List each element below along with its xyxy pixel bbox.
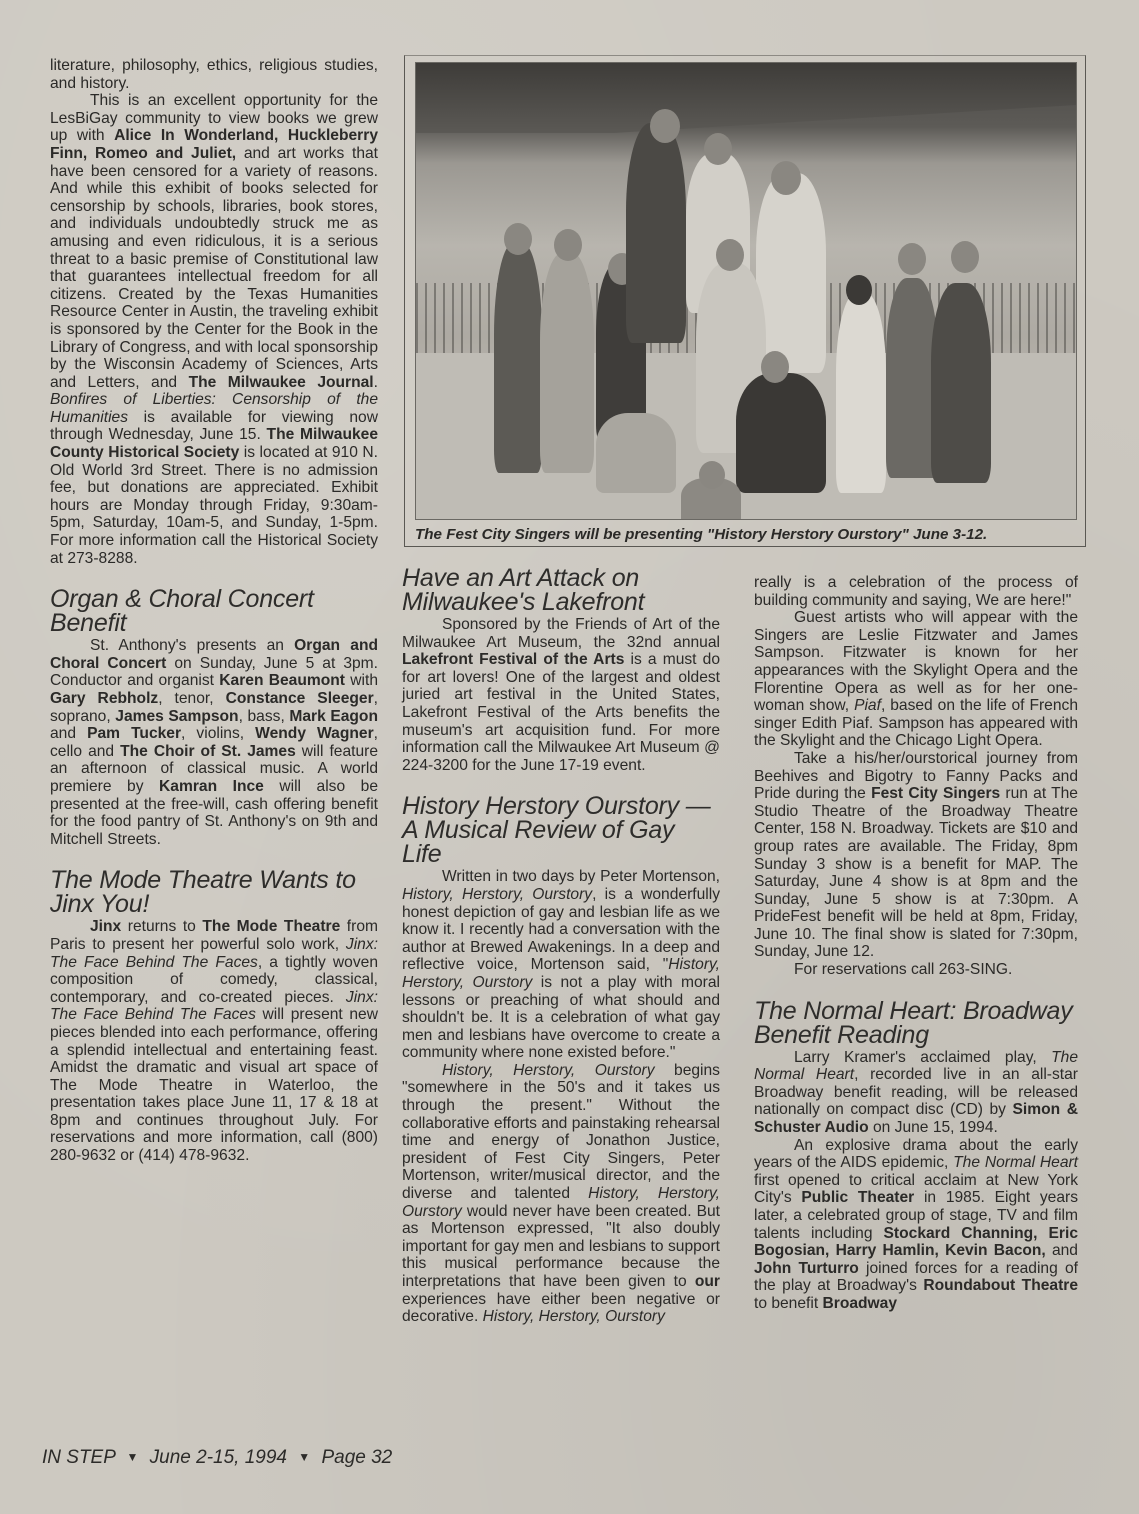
photo-person-head: [716, 239, 744, 271]
column-middle: Have an Art Attack on Milwaukee's Lakefr…: [402, 566, 720, 1326]
history-herstory-paragraph-3: Guest artists who will appear with the S…: [754, 609, 1078, 750]
art-attack-body: Sponsored by the Friends of Art of the M…: [402, 616, 720, 774]
photo-person: [931, 283, 991, 483]
photo-person: [736, 373, 826, 493]
photo-person-head: [951, 241, 979, 273]
page-footer: IN STEP ▼ June 2-15, 1994 ▼ Page 32: [42, 1447, 392, 1469]
text: on June 15, 1994.: [869, 1119, 998, 1136]
triangle-separator-icon: ▼: [298, 1450, 310, 1464]
history-herstory-paragraph-4: Take a his/her/ourstorical journey from …: [754, 750, 1078, 961]
spacer: [50, 848, 378, 868]
text: begins "somewhere in the 50's and it tak…: [402, 1062, 720, 1202]
italic-title: The Normal Heart: [953, 1154, 1078, 1171]
text: to benefit: [754, 1295, 823, 1312]
censorship-paragraph-2: This is an excellent opportunity for the…: [50, 92, 378, 567]
text: will present new pieces blended into eac…: [50, 1006, 378, 1164]
bold-text: our: [695, 1273, 720, 1290]
text: For reservations call 263-SING.: [794, 961, 1012, 978]
text: with: [345, 672, 378, 689]
photo-person-head: [846, 275, 872, 305]
text: , tenor,: [158, 690, 225, 707]
bold-text: Jinx: [90, 918, 121, 935]
bold-text: John Turturro: [754, 1260, 859, 1277]
spacer: [50, 567, 378, 587]
text: and: [1046, 1242, 1078, 1259]
group-photo: [415, 62, 1077, 520]
text: run at The Studio Theatre of the Broadwa…: [754, 785, 1078, 960]
bold-text: Constance Sleeger: [226, 690, 374, 707]
headline-normal-heart: The Normal Heart: Broadway Benefit Readi…: [754, 999, 1078, 1047]
headline-mode-theatre: The Mode Theatre Wants to Jinx You!: [50, 868, 378, 916]
text: and: [50, 725, 87, 742]
text: returns to: [121, 918, 202, 935]
spacer: [754, 979, 1078, 999]
photo-person: [540, 253, 594, 473]
text: St. Anthony's presents an: [90, 637, 294, 654]
photo-person: [836, 293, 886, 493]
photo-person-head: [761, 351, 789, 383]
bold-text: Gary Rebholz: [50, 690, 158, 707]
bold-text: Fest City Singers: [871, 785, 1000, 802]
italic-title: Piaf: [854, 697, 881, 714]
bold-text: Karen Beaumont: [219, 672, 345, 689]
photo-person: [596, 413, 676, 493]
text: Written in two days by Peter Mortenson,: [442, 868, 720, 885]
italic-title: History, Herstory, Ourstory: [442, 1062, 655, 1079]
text: is a must do for art lovers! One of the …: [402, 651, 720, 774]
bold-text: The Mode Theatre: [202, 918, 340, 935]
text: , bass,: [239, 708, 290, 725]
bold-text: Mark Eagon: [289, 708, 378, 725]
history-herstory-paragraph-2: History, Herstory, Ourstory begins "some…: [402, 1062, 720, 1326]
bold-text: Wendy Wagner: [255, 725, 374, 742]
text: literature, philosophy, ethics, religiou…: [50, 57, 378, 92]
bold-text: Public Theater: [801, 1189, 914, 1206]
censorship-paragraph-1: literature, philosophy, ethics, religiou…: [50, 57, 378, 92]
normal-heart-paragraph-1: Larry Kramer's acclaimed play, The Norma…: [754, 1049, 1078, 1137]
publication-name: IN STEP: [42, 1447, 115, 1468]
page-number: Page 32: [321, 1447, 392, 1468]
photo-person-head: [650, 109, 680, 143]
text: .: [374, 374, 378, 391]
bold-text: The Milwaukee Journal: [189, 374, 374, 391]
normal-heart-paragraph-2: An explosive drama about the early years…: [754, 1137, 1078, 1313]
bold-text: James Sampson: [115, 708, 238, 725]
newspaper-page: literature, philosophy, ethics, religiou…: [0, 0, 1139, 1514]
triangle-separator-icon: ▼: [126, 1450, 138, 1464]
italic-title: History, Herstory, Ourstory: [483, 1308, 665, 1325]
photo-person-head: [554, 229, 582, 261]
bold-text: Kamran Ince: [159, 778, 264, 795]
bold-text: Broadway: [823, 1295, 898, 1312]
mode-theatre-body: Jinx returns to The Mode Theatre from Pa…: [50, 918, 378, 1164]
photo-person-head: [699, 461, 725, 489]
text: Larry Kramer's acclaimed play,: [794, 1049, 1051, 1066]
italic-title: History, Herstory, Ourstory: [402, 886, 592, 903]
text: really is a celebration of the process o…: [754, 574, 1078, 609]
headline-art-attack: Have an Art Attack on Milwaukee's Lakefr…: [402, 566, 720, 614]
photo-building-roof: [416, 63, 1076, 133]
history-herstory-paragraph-2-continued: really is a celebration of the process o…: [754, 574, 1078, 609]
bold-text: Roundabout Theatre: [923, 1277, 1078, 1294]
text: and art works that have been censored fo…: [50, 145, 378, 391]
photo-person: [494, 243, 542, 473]
issue-date: June 2-15, 1994: [150, 1447, 287, 1468]
history-herstory-reservations: For reservations call 263-SING.: [754, 961, 1078, 979]
photo-person: [626, 123, 686, 343]
organ-concert-body: St. Anthony's presents an Organ and Chor…: [50, 637, 378, 848]
text: , violins,: [181, 725, 255, 742]
headline-history-herstory: History Herstory Ourstory — A Musical Re…: [402, 794, 720, 866]
photo-person-head: [771, 161, 801, 195]
spacer: [402, 774, 720, 794]
text: is located at 910 N. Old World 3rd Stree…: [50, 444, 378, 567]
photo-person-head: [704, 133, 732, 165]
column-right: really is a celebration of the process o…: [754, 574, 1078, 1313]
photo-person: [756, 173, 826, 373]
bold-text: Pam Tucker: [87, 725, 181, 742]
text: Sponsored by the Friends of Art of the M…: [402, 616, 720, 651]
photo-person-head: [898, 243, 926, 275]
headline-organ-concert: Organ & Choral Concert Benefit: [50, 587, 378, 635]
bold-text: Lakefront Festival of the Arts: [402, 651, 624, 668]
photo-person-head: [504, 223, 532, 255]
column-left: literature, philosophy, ethics, religiou…: [50, 57, 378, 1165]
photo-caption: The Fest City Singers will be presenting…: [415, 526, 987, 543]
photo-frame: The Fest City Singers will be presenting…: [404, 55, 1086, 547]
bold-text: The Choir of St. James: [120, 743, 296, 760]
history-herstory-paragraph-1: Written in two days by Peter Mortenson, …: [402, 868, 720, 1062]
